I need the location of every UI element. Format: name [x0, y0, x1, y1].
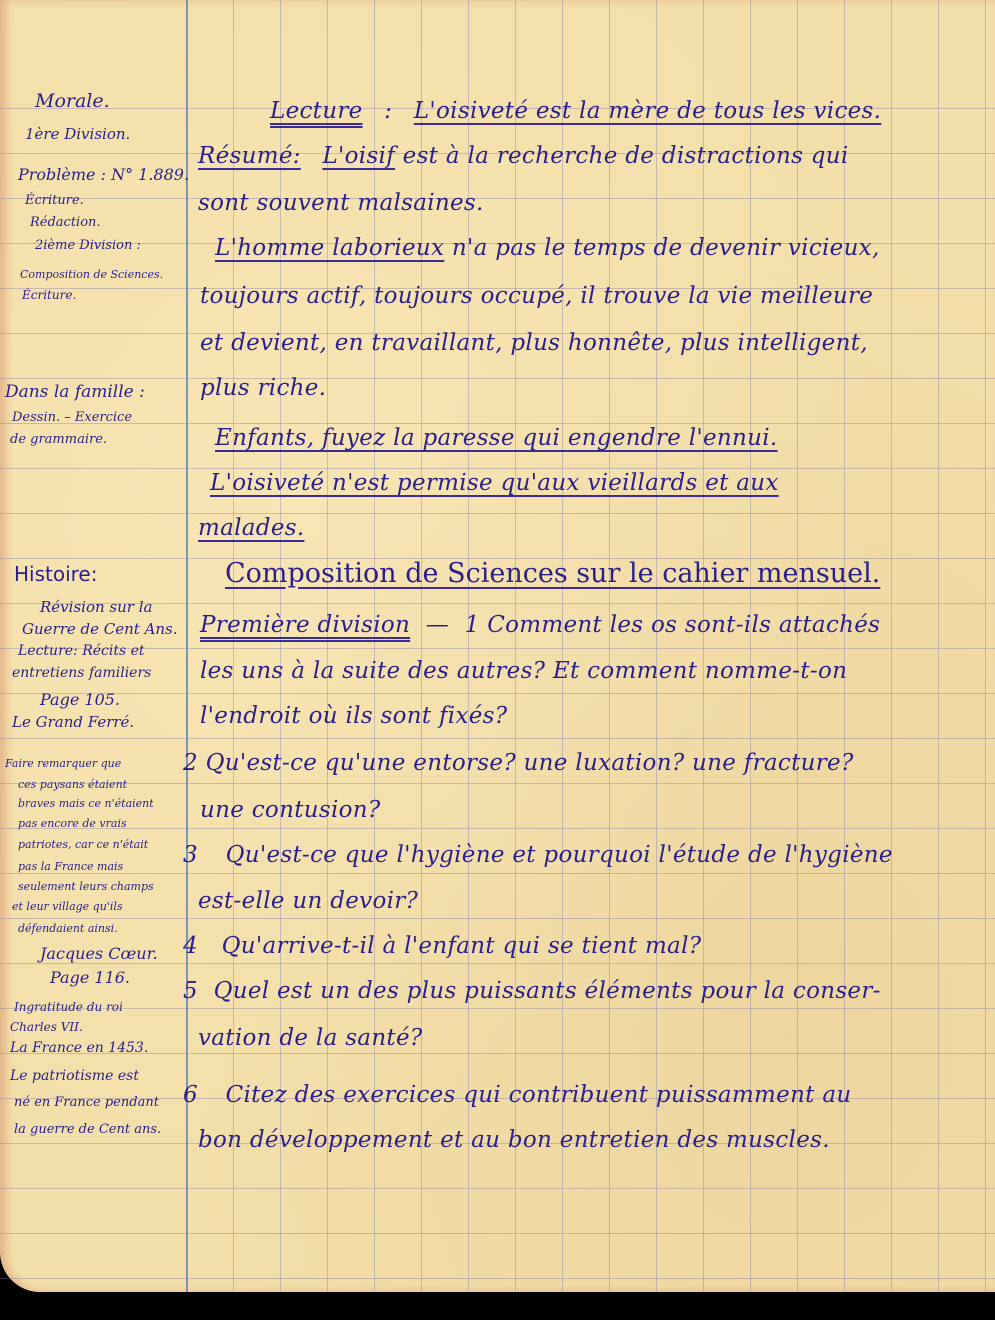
grid-line	[0, 873, 995, 874]
margin-note: né en France pendant	[14, 1095, 159, 1110]
margin-note: Écriture.	[25, 193, 84, 208]
grid-line	[0, 783, 995, 784]
margin-note: Lecture: Récits et	[18, 643, 145, 659]
margin-note: défendaient ainsi.	[18, 922, 118, 935]
question-5-line: 5 Quel est un des plus puissants élément…	[183, 978, 881, 1004]
lecture-separator: :	[384, 98, 392, 124]
paragraph-text: toujours actif, toujours occupé, il trou…	[200, 283, 873, 309]
question-text: l'endroit où ils sont fixés?	[200, 703, 507, 729]
resume-text: sont souvent malsaines.	[198, 190, 484, 216]
margin-note: 2ième Division :	[35, 238, 141, 253]
margin-note: Composition de Sciences.	[20, 268, 163, 281]
grid-line	[0, 1278, 995, 1279]
grid-line	[0, 1188, 995, 1189]
question-number: 2	[183, 750, 198, 776]
question-text: Qu'arrive-t-il à l'enfant qui se tient m…	[222, 933, 702, 959]
paragraph-text: et devient, en travaillant, plus honnête…	[200, 330, 868, 356]
question-3-line: 3 Qu'est-ce que l'hygiène et pourquoi l'…	[183, 842, 893, 868]
margin-note: la guerre de Cent ans.	[14, 1122, 161, 1137]
grid-line	[0, 378, 995, 379]
margin-note: 1ère Division.	[25, 125, 130, 143]
histoire-heading: Histoire:	[14, 562, 97, 586]
margin-note: Faire remarquer que	[5, 757, 121, 770]
margin-note: Ingratitude du roi	[14, 1000, 123, 1014]
question-text: Qu'est-ce qu'une entorse? une luxation? …	[206, 750, 854, 776]
grid-line	[0, 648, 995, 649]
grid-line	[0, 918, 995, 919]
resume-subject: L'oisif	[322, 143, 395, 169]
grid-line	[0, 423, 995, 424]
question-number: 1	[465, 612, 480, 638]
margin-note: Rédaction.	[30, 215, 101, 230]
question-number: 4	[183, 933, 198, 959]
maxim: malades.	[198, 515, 304, 541]
question-text: les uns à la suite des autres? Et commen…	[200, 658, 847, 684]
lecture-label: Lecture	[270, 98, 363, 124]
question-number: 5	[183, 978, 198, 1004]
margin-note: entretiens familiers	[12, 665, 151, 681]
margin-note: Le Grand Ferré.	[12, 713, 134, 731]
famille-heading: Dans la famille :	[5, 382, 145, 402]
question-text: Comment les os sont-ils attachés	[487, 612, 880, 638]
paragraph-subject: L'homme laborieux	[215, 235, 444, 261]
margin-note: Écriture.	[22, 288, 76, 302]
grid-line	[0, 1053, 995, 1054]
question-number: 3	[183, 842, 198, 868]
grid-line	[0, 513, 995, 514]
margin-note: La France en 1453.	[10, 1040, 148, 1056]
margin-note: Guerre de Cent Ans.	[22, 620, 178, 638]
margin-note: seulement leurs champs	[18, 880, 154, 893]
paragraph-line: L'homme laborieux n'a pas le temps de de…	[215, 235, 880, 261]
grid-line	[0, 693, 995, 694]
margin-note: Révision sur la	[40, 598, 152, 616]
margin-note: patriotes, car ce n'était	[18, 838, 148, 851]
grid-line	[0, 1233, 995, 1234]
grid-line	[0, 828, 995, 829]
margin-note: Problème : N° 1.889.	[18, 165, 189, 184]
grid-line	[0, 1008, 995, 1009]
margin-note: et leur village qu'ils	[12, 900, 123, 913]
division-label: Première division	[200, 612, 410, 638]
question-text: Qu'est-ce que l'hygiène et pourquoi l'ét…	[226, 842, 893, 868]
resume-text: est à la recherche de distractions qui	[403, 143, 849, 169]
margin-note: de grammaire.	[10, 432, 107, 447]
margin-note: ces paysans étaient	[18, 778, 127, 791]
grid-line	[0, 198, 995, 199]
margin-note: pas encore de vrais	[18, 817, 127, 830]
resume-label: Résumé:	[198, 143, 301, 169]
lecture-title: L'oisiveté est la mère de tous les vices…	[414, 98, 881, 124]
question-text: vation de la santé?	[198, 1025, 423, 1051]
question-6-line: 6 Citez des exercices qui contribuent pu…	[183, 1082, 851, 1108]
question-number: 6	[183, 1082, 198, 1108]
maxim: Enfants, fuyez la paresse qui engendre l…	[215, 425, 778, 451]
question-1-line: Première division — 1 Comment les os son…	[200, 612, 880, 638]
paragraph-text: plus riche.	[200, 375, 326, 401]
maxim: L'oisiveté n'est permise qu'aux vieillar…	[210, 470, 779, 496]
margin-note: pas la France mais	[18, 860, 123, 873]
question-text: est-elle un devoir?	[198, 888, 418, 914]
resume-line: Résumé: L'oisif est à la recherche de di…	[198, 143, 849, 169]
grid-line	[0, 963, 995, 964]
margin-note: Page 116.	[50, 968, 130, 987]
question-text: Citez des exercices qui contribuent puis…	[226, 1082, 852, 1108]
notebook-page: Morale. 1ère Division. Problème : N° 1.8…	[0, 0, 995, 1292]
paragraph-text: n'a pas le temps de devenir vicieux,	[452, 235, 880, 261]
margin-note: Le patriotisme est	[10, 1068, 139, 1084]
grid-line	[0, 738, 995, 739]
margin-note: braves mais ce n'étaient	[18, 797, 154, 810]
morale-heading: Morale.	[35, 90, 110, 112]
question-text: une contusion?	[200, 797, 381, 823]
question-2-line: 2 Qu'est-ce qu'une entorse? une luxation…	[183, 750, 854, 776]
question-text: Quel est un des plus puissants éléments …	[214, 978, 881, 1004]
margin-note: Dessin. – Exercice	[12, 410, 132, 425]
question-4-line: 4 Qu'arrive-t-il à l'enfant qui se tient…	[183, 933, 701, 959]
margin-note: Jacques Cœur.	[40, 944, 158, 963]
lecture-line: Lecture : L'oisiveté est la mère de tous…	[270, 98, 881, 124]
question-text: bon développement et au bon entretien de…	[198, 1127, 830, 1153]
composition-title: Composition de Sciences sur le cahier me…	[225, 558, 880, 589]
margin-note: Charles VII.	[10, 1020, 83, 1034]
margin-note: Page 105.	[40, 690, 120, 709]
grid-line	[0, 468, 995, 469]
